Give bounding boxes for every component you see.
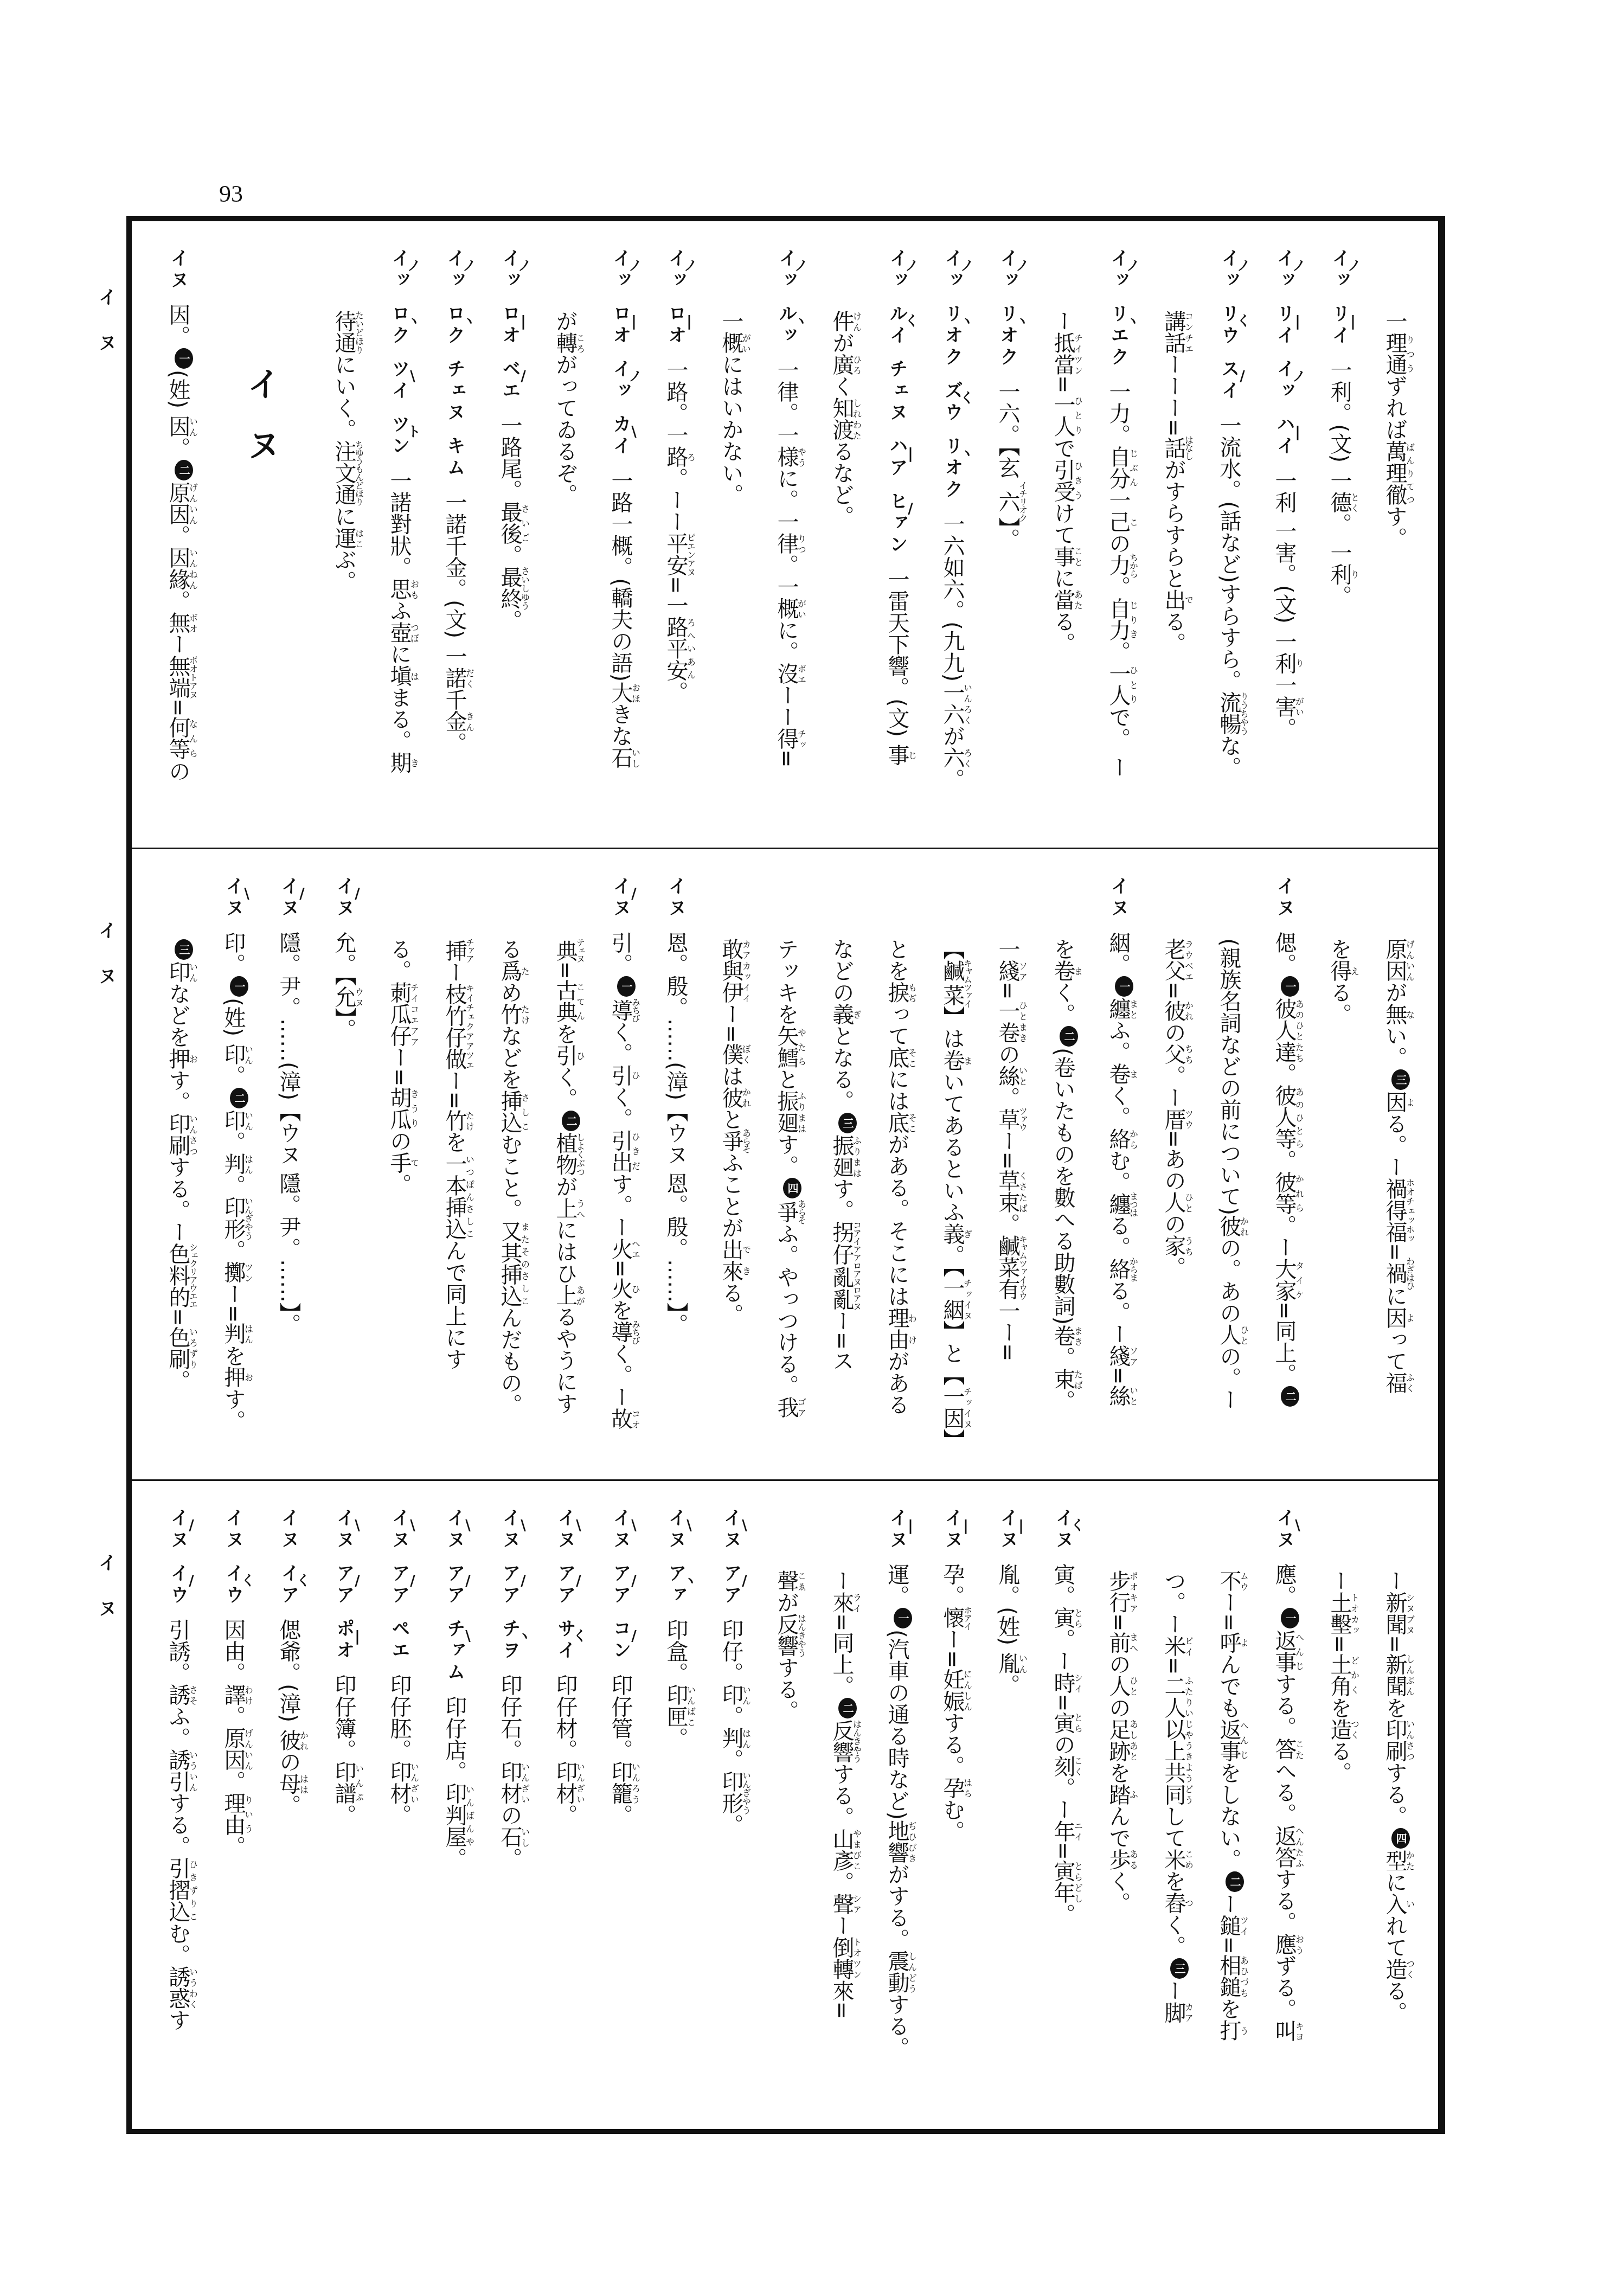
text-run: などの: [829, 938, 854, 1003]
ruby-annotated-text: 印匣いんばこ: [663, 1684, 688, 1727]
definition-text: 應。一返事へんじする。答こたへる。返答へんたふする。應おうずる。叫キヨ: [1272, 1563, 1297, 2042]
ruby-annotated-text: 母はは: [276, 1773, 301, 1794]
ruby-base: 義: [940, 1223, 965, 1245]
ruby-annotated-text: 自力じりき: [1106, 598, 1131, 641]
ruby-reading: ひ: [575, 1044, 586, 1066]
tone-mark-icon: \: [406, 369, 420, 385]
ruby-annotated-text: 寅とら: [1050, 1712, 1075, 1734]
ruby-base: 打: [1216, 2019, 1241, 2041]
definition-text: ー抵當チイツン=一人ひとりで引受ひきうけて事ことに當あたる。: [1050, 310, 1075, 654]
ruby-base: 印刷: [1382, 1718, 1407, 1762]
headword-syllable: リウく: [1207, 304, 1250, 347]
dictionary-entry: イヌく寅。寅とら。ー時シイ=寅とらの刻こく。ー年ニイ=寅年とらどし。: [1035, 1481, 1090, 2129]
ruby-base: 知渡: [829, 397, 854, 440]
ruby-reading: けん: [852, 310, 862, 332]
definition-text: などの義ぎとなる。三振廻ふりまはす。拐仔亂亂コアイアアロアヌロアヌー=ス: [829, 938, 854, 1371]
text-run: が: [1382, 982, 1407, 1003]
ruby-reading: ひとまき: [1018, 1000, 1028, 1043]
text-run: 印仔胚。: [387, 1674, 412, 1761]
dictionary-entry: イヌ因。一(姓) 因いん。二原因げんいん。因緣いんねん。無ボオー無端ボオトアヌ=…: [150, 221, 206, 848]
text-run: =: [553, 961, 578, 980]
definition-text: とを捩もぢって底そこには底そこがある。そこには理由わけがある: [884, 938, 909, 1415]
ruby-annotated-text: 舂つ: [1161, 1892, 1186, 1914]
ruby-annotated-text: 因よ: [1382, 1091, 1407, 1113]
ruby-base: 印: [165, 961, 190, 983]
text-run: 。: [1050, 1903, 1075, 1925]
ruby-reading: かれら: [1294, 1171, 1305, 1215]
ruby-base: 底: [884, 1047, 909, 1068]
definition-text: 隱。尹。……(漳)【ウヌ 隱。尹。……】。: [276, 932, 301, 1335]
ruby-base: 舂: [1161, 1892, 1186, 1914]
ruby-reading: ばんりてつ: [1405, 440, 1415, 505]
sense-number-badge: 二: [230, 1088, 248, 1108]
ruby-annotated-text: 人ひと: [1216, 1324, 1241, 1345]
sense-number-badge: 三: [1391, 1069, 1410, 1090]
ruby-annotated-text: 一人ひとり: [1050, 394, 1075, 437]
text-run: 引誘。: [165, 1619, 190, 1684]
text-run: 。【: [940, 1245, 965, 1277]
text-run: がある: [884, 1350, 909, 1415]
headword-syllable: イッノ: [931, 248, 974, 292]
ruby-reading: へんじ: [1294, 1630, 1305, 1673]
ruby-annotated-text: 卷まき: [1050, 1325, 1075, 1346]
text-run: がする。: [884, 1863, 909, 1950]
entry-continuation: を卷まく。二(卷いたものを數へる助數詞)卷まき。束たば。: [1035, 849, 1090, 1479]
text-run: 。: [387, 1173, 412, 1195]
ruby-reading: へんたふ: [1294, 1825, 1305, 1868]
ruby-reading: たけ: [465, 1109, 475, 1131]
ruby-reading: ひと: [1239, 1324, 1249, 1345]
definition-text: 一利 一害。(文) 一利り一害がい。: [1272, 470, 1297, 739]
tone-mark-icon: ノ: [1014, 258, 1028, 272]
ruby-reading: げんいん: [1405, 938, 1415, 982]
ruby-base: 老父: [1161, 938, 1186, 982]
text-run: 因由。: [221, 1619, 246, 1684]
text-run: に: [1382, 1871, 1407, 1893]
text-run: ー=: [387, 1047, 412, 1087]
headword-syllable: サイく: [543, 1619, 587, 1662]
ruby-reading: つ: [1184, 1892, 1194, 1914]
ruby-annotated-text: 卷ま: [1106, 1063, 1131, 1085]
ruby-reading: やう: [797, 446, 807, 467]
ruby-base: 植物: [553, 1132, 578, 1176]
text-run: を: [1327, 938, 1352, 960]
text-run: ー: [829, 1915, 854, 1936]
ruby-base: 束: [1050, 1368, 1075, 1390]
headword-syllable: イヌく: [1041, 1508, 1085, 1551]
text-run: 。: [663, 1727, 688, 1749]
ruby-annotated-text: 振廻ふりまは: [829, 1134, 854, 1178]
ruby-annotated-text: 印材いんざい: [497, 1761, 522, 1804]
ruby-annotated-text: 大家タイケ: [1272, 1258, 1297, 1301]
ruby-reading: チイツン: [1073, 332, 1083, 375]
ruby-base: 挿: [442, 938, 467, 963]
ruby-annotated-text: 土墼トオカッ: [1327, 1592, 1352, 1635]
definition-text: 敢與伊カアカッイイー=僕ぼくは彼かれと爭あらそふことが出來できる。: [719, 938, 743, 1325]
text-run: 一: [1272, 674, 1297, 696]
ruby-reading: いん: [243, 1043, 254, 1065]
text-run: 絪。: [1106, 932, 1131, 975]
ruby-annotated-text: 足跡あしあと: [1106, 1718, 1131, 1762]
ruby-base: 應: [1272, 1933, 1297, 1955]
ruby-base: 引摺込: [165, 1857, 190, 1922]
definition-text: 一路尾。最後さいご。最終さいしゆう。: [497, 414, 522, 631]
ruby-reading: ちから: [1128, 553, 1139, 578]
ruby-reading: いんぎやう: [741, 1771, 752, 1814]
text-run: 。: [553, 1804, 578, 1826]
ruby-reading: やまびこ: [852, 1828, 862, 1871]
text-run: 】。: [995, 517, 1020, 550]
headword-syllable: イッノ: [986, 248, 1029, 292]
ruby-reading: ふたりいじやうきようどう: [1184, 1675, 1194, 1805]
text-run: (姓): [221, 998, 246, 1043]
tone-mark-icon: ノ: [1291, 369, 1305, 383]
ruby-base: 火: [608, 1278, 633, 1299]
text-run: 印盒。: [663, 1619, 688, 1684]
ruby-annotated-text: 矢鱈やたら: [774, 1025, 799, 1068]
text-run: 。: [387, 1804, 412, 1826]
ruby-base: 米: [1161, 1849, 1186, 1870]
text-run: 。: [995, 1674, 1020, 1696]
definition-text: 引誘。誘さそふ。誘引いういんする。引摺込ひきずりこむ。誘惑いうわくす: [165, 1619, 190, 2031]
ruby-reading: きうり: [409, 1087, 420, 1130]
text-run: ーーー=: [1161, 354, 1186, 437]
headword-syllable: ズウく: [931, 381, 974, 424]
ruby-annotated-text: 火ひ: [608, 1278, 633, 1299]
ruby-annotated-text: 六ろく: [940, 747, 965, 768]
ruby-annotated-text: 上あが: [553, 1284, 578, 1306]
running-head-char: ヌ: [95, 966, 117, 1012]
ruby-base: 父: [1161, 1043, 1186, 1065]
dictionary-entry: イヌ|孕。懷ホアイー=妊娠にんしんする。孕はらむ。: [925, 1481, 980, 2129]
ruby-base: 又其挿込: [497, 1220, 522, 1307]
ruby-reading: はら: [963, 1777, 973, 1799]
tone-mark-icon: く: [1235, 313, 1249, 328]
ruby-annotated-text: 老父ラウベエ: [1161, 938, 1186, 982]
definition-text: 原因げんいんが無ない。三因よる。ー禍得福ホオチェッホッ=禍わざはひに因よって福ふ…: [1382, 938, 1407, 1394]
ruby-reading: とく: [1350, 491, 1360, 513]
ruby-reading: そこ: [907, 1047, 918, 1068]
entry-continuation: 不ムウー=呼よんでも返事へんじをしない。二ー鎚ツイ=相鎚あひづちを打う: [1201, 1481, 1256, 2129]
text-run: む。: [940, 1799, 965, 1842]
ruby-reading: ツン: [243, 1261, 254, 1283]
headword-syllable: イヌ|: [986, 1508, 1029, 1551]
ruby-reading: ひとり: [1073, 394, 1083, 437]
ruby-annotated-text: 胤いん: [995, 1652, 1020, 1674]
ruby-annotated-text: 竹たけ: [497, 1003, 522, 1025]
sense-number-badge: 二: [1281, 1386, 1299, 1407]
ruby-reading: わけ: [243, 1684, 254, 1705]
tone-mark-icon: く: [903, 313, 918, 328]
ruby-annotated-text: 彼かれ: [1161, 1000, 1186, 1022]
ruby-reading: いうわく: [188, 1966, 198, 2009]
ruby-annotated-text: 來ライ: [829, 1592, 854, 1613]
sense-number-badge: 一: [1281, 976, 1299, 997]
ruby-base: 萬理徹: [1382, 440, 1407, 505]
dictionary-entry: イヌ\アア/チヲヽ印仔石。印材いんざいの石いし。: [482, 1481, 537, 2129]
headword-syllable: イヌ: [1096, 876, 1140, 920]
ruby-reading: かれ: [741, 1087, 752, 1108]
tone-mark-icon: /: [350, 1573, 364, 1589]
ruby-base: 上: [553, 1284, 578, 1306]
text-run: の: [1161, 1022, 1186, 1043]
ruby-reading: ぎ: [963, 1223, 973, 1245]
ruby-base: 妊娠: [940, 1669, 965, 1712]
headword-syllable: イヌ: [267, 1508, 310, 1551]
text-run: 一利。(文) 一: [1327, 359, 1352, 491]
ruby-reading: りいう: [243, 1792, 254, 1836]
definition-text: 孕。懷ホアイー=妊娠にんしんする。孕はらむ。: [940, 1563, 965, 1842]
definition-text: 一六如六。(九九)一六いんろくが六ろく。: [940, 513, 965, 790]
ruby-reading: あらそ: [797, 1200, 807, 1224]
text-run: 。: [1327, 585, 1352, 607]
sense-number-badge: 一: [617, 976, 636, 997]
ruby-reading: シヌブヌ: [1405, 1592, 1415, 1635]
ruby-reading: ま: [1128, 1063, 1139, 1085]
ruby-reading: ボエ: [797, 663, 807, 684]
ruby-base: 彼等: [1272, 1171, 1297, 1215]
ruby-base: 彼: [1161, 1000, 1186, 1022]
ruby-annotated-text: 誘引いういん: [165, 1749, 190, 1792]
text-run: 恩。殷。……(漳)【ウヌ 恩。殷。……】。: [663, 932, 688, 1335]
ruby-base: 待通: [331, 310, 356, 354]
ruby-annotated-text: 上うへ: [553, 1197, 578, 1219]
ruby-base: 誘惑: [165, 1966, 190, 2009]
ruby-reading: じぶん: [1128, 446, 1139, 489]
text-run: とを: [884, 938, 909, 982]
ruby-base: 六: [940, 747, 965, 768]
ruby-base: 一本挿込: [442, 1153, 467, 1240]
ruby-reading: あのひとら: [1294, 1085, 1305, 1150]
text-run: 。: [829, 1871, 854, 1893]
text-run: 。一: [774, 554, 799, 598]
ruby-reading: チァア: [465, 938, 475, 963]
ruby-reading: ろへいあん: [686, 616, 696, 681]
ruby-reading: げんいん: [243, 1727, 254, 1771]
ruby-base: 印匣: [663, 1684, 688, 1727]
definition-text: 一諾對狀。思おもふ壺つぼに塡はまる。期き: [387, 470, 412, 773]
headword-syllable: チェヌ: [875, 359, 919, 424]
tone-mark-icon: く: [240, 1573, 254, 1587]
ruby-reading: みちび: [631, 1320, 641, 1344]
text-run: きな: [608, 703, 633, 747]
definition-text: が轉ころがってゐるぞ。: [553, 310, 578, 505]
text-run: =: [608, 1260, 633, 1278]
ruby-annotated-text: 路ろ: [663, 446, 688, 467]
headword-syllable: リエクヽ: [1096, 304, 1140, 369]
tone-mark-icon: |: [350, 1628, 364, 1645]
ruby-annotated-text: 印いん: [221, 1109, 246, 1131]
definition-text: ー新聞シヌブヌ=新聞しんぶんを印刷いんさつする。四型かたに入いれて造つくる。: [1382, 1570, 1407, 2023]
ruby-reading: あしあと: [1128, 1718, 1139, 1762]
ruby-base: 來: [829, 1592, 854, 1613]
tone-mark-icon: /: [516, 369, 530, 385]
ruby-base: 造: [1382, 1958, 1407, 1980]
text-run: 。: [719, 1814, 743, 1836]
text-run: ー: [1161, 1980, 1186, 2002]
text-run: 印仔管。: [608, 1674, 633, 1761]
ruby-reading: みちび: [631, 998, 641, 1022]
headword-syllable: イッノ: [433, 248, 476, 292]
headword-syllable: イヌ: [211, 1508, 255, 1551]
ruby-base: 不: [1216, 1570, 1241, 1592]
ruby-base: 地響: [884, 1820, 909, 1863]
text-run: んで: [1106, 1805, 1131, 1849]
ruby-annotated-text: 運はこ: [331, 527, 356, 549]
text-run: を: [1106, 1762, 1131, 1784]
ruby-base: 印形: [221, 1196, 246, 1240]
ruby-base: 敢與伊: [719, 938, 743, 1003]
ruby-reading: たいどほり: [354, 310, 364, 354]
ruby-reading: がい: [797, 598, 807, 619]
ruby-reading: おう: [1294, 1933, 1305, 1955]
ruby-annotated-text: 父ちち: [1161, 1043, 1186, 1065]
tone-mark-icon: /: [572, 1573, 586, 1589]
ruby-base: 原因: [1382, 938, 1407, 982]
ruby-annotated-text: 纏まつは: [1106, 1193, 1131, 1215]
ruby-annotated-text: 歩ある: [1106, 1849, 1131, 1870]
headword-syllable: アア/: [433, 1563, 476, 1607]
ruby-annotated-text: 印形いんぎやう: [719, 1771, 743, 1814]
ruby-base: 印: [221, 1109, 246, 1131]
ruby-reading: こゑ: [797, 1570, 807, 1592]
text-run: る。ー: [1106, 1280, 1131, 1345]
ruby-annotated-text: 沒ボエ: [774, 663, 799, 684]
ruby-reading: いつぽんさしこ: [465, 1153, 475, 1240]
text-run: と: [719, 1108, 743, 1130]
sense-number-badge: 一: [894, 1608, 912, 1628]
ruby-reading: はん: [741, 1727, 752, 1749]
ruby-reading: なんら: [188, 716, 198, 760]
entry-continuation: つ。ー米ビイ=二人以上共同ふたりいじやうきようどうして米こめを舂つく。三ー脚カア: [1146, 1481, 1201, 2129]
definition-text: テッキを矢鱈やたらと振廻ふりまはす。四爭あらそふ。やっつける。我ゴア: [774, 938, 799, 1418]
tone-mark-icon: ヽ: [516, 1628, 530, 1643]
ruby-base: 爭: [774, 1200, 799, 1224]
ruby-reading: ツァウ: [1018, 1107, 1028, 1131]
text-run: 。: [221, 1240, 246, 1261]
headword-syllable: イヌ\: [322, 1508, 365, 1551]
text-run: で: [1050, 437, 1075, 459]
ruby-annotated-text: 路平安ろへいあん: [663, 616, 688, 681]
ruby-base: 導: [608, 1320, 633, 1344]
text-run: る。: [1161, 611, 1186, 654]
ruby-base: 絲: [1106, 1385, 1131, 1407]
ruby-annotated-text: 絲いと: [995, 1065, 1020, 1087]
ruby-base: 塡: [387, 665, 412, 687]
ruby-reading: こく: [1073, 1755, 1083, 1777]
ruby-annotated-text: 印いん: [719, 1684, 743, 1705]
ruby-base: 印: [221, 1043, 246, 1065]
tone-mark-icon: /: [184, 1573, 198, 1589]
text-run: む。: [165, 1922, 190, 1966]
ruby-annotated-text: 拐仔亂亂コアイアアロアヌロアヌ: [829, 1221, 854, 1310]
sense-number-badge: 二: [1226, 1871, 1244, 1892]
ruby-base: 無: [165, 612, 190, 633]
ruby-base: 引出: [608, 1130, 633, 1173]
ruby-base: 一卷: [995, 1000, 1020, 1043]
ruby-reading: ビイ: [1184, 1635, 1194, 1657]
ruby-annotated-text: 又其挿込またそのさしこ: [497, 1220, 522, 1307]
definition-text: 件けんが廣ひろく知渡しれわたるなど。: [829, 310, 854, 527]
text-run: る。: [387, 938, 412, 982]
tone-mark-icon: /: [350, 886, 364, 902]
text-run: ーー: [774, 684, 799, 728]
ruby-reading: うへ: [575, 1197, 586, 1219]
ruby-annotated-text: 絡からま: [1106, 1258, 1131, 1280]
tone-mark-icon: |: [1014, 1518, 1028, 1534]
ruby-reading: あひづち: [1239, 1954, 1249, 1998]
entries-band-top: 一理通りつうずれば萬理徹ばんりてつす。イッノリイ|一利。(文) 一德とく。 一利…: [132, 221, 1438, 848]
ruby-annotated-text: 妊娠にんしん: [940, 1669, 965, 1712]
tone-mark-icon: \: [1291, 1518, 1305, 1534]
headword-syllable: ポオ|: [322, 1619, 365, 1662]
ruby-annotated-text: 無な: [1382, 1003, 1407, 1025]
text-run: まる。: [387, 687, 412, 752]
ruby-annotated-text: 押お: [165, 1048, 190, 1069]
text-run: 寅。: [1050, 1563, 1075, 1607]
text-run: ー: [829, 1570, 854, 1592]
text-run: =: [1327, 1635, 1352, 1653]
running-head-char: イ: [95, 1553, 117, 1599]
text-run: する。: [829, 1763, 854, 1828]
ruby-base: 米: [1161, 1635, 1186, 1657]
headword-syllable: イヌ/: [156, 1508, 200, 1551]
ruby-base: 自力: [1106, 598, 1131, 641]
text-run: 一力。: [1106, 381, 1131, 446]
text-run: る。: [1106, 1215, 1131, 1258]
ruby-base: 事: [1050, 546, 1075, 567]
text-run: 。: [221, 1705, 246, 1727]
ruby-annotated-text: 聲こゑ: [774, 1570, 799, 1592]
ruby-reading: ちゆうもんどほり: [354, 440, 364, 505]
ruby-annotated-text: 原因げんいん: [221, 1727, 246, 1771]
heading-kana: イ: [241, 367, 281, 427]
ruby-annotated-text: 平安ピエンアヌ: [663, 533, 688, 576]
ruby-base: 原因: [221, 1727, 246, 1771]
ruby-base: 件: [829, 310, 854, 332]
ruby-annotated-text: 無ボオ: [165, 612, 190, 633]
ruby-reading: た: [520, 960, 530, 982]
ruby-annotated-text: 孕はら: [940, 1777, 965, 1799]
ruby-annotated-text: 叫キヨ: [1272, 2020, 1297, 2042]
ruby-reading: ひと: [1184, 1191, 1194, 1213]
text-run: の: [1050, 1734, 1075, 1755]
text-run: 。: [221, 1065, 246, 1087]
ruby-base: 因: [1382, 1091, 1407, 1113]
ruby-annotated-text: 綫ソア: [995, 960, 1020, 982]
ruby-reading: またそのさしこ: [520, 1220, 530, 1307]
tone-mark-icon: ヽ: [959, 446, 973, 460]
ruby-reading: ホオチェッホッ: [1405, 1178, 1415, 1243]
ruby-base: 石: [497, 1826, 522, 1848]
ruby-reading: あた: [1073, 589, 1083, 611]
text-run: 一路。一: [663, 359, 688, 446]
headword-syllable: ロオ|: [654, 304, 697, 347]
dictionary-entry: イッノリオクヽ一六。【玄 六イチリオク】。: [980, 221, 1035, 848]
text-run: れて: [1382, 1915, 1407, 1958]
ruby-base: 振廻: [829, 1134, 854, 1178]
tone-mark-icon: ノ: [959, 258, 973, 272]
ruby-base: 一六: [940, 682, 965, 725]
headword-syllable: ヒァン/: [875, 491, 919, 556]
ruby-reading: からま: [1128, 1257, 1139, 1281]
text-run: に。一: [774, 467, 799, 533]
ruby-reading: て: [409, 1152, 420, 1173]
text-run: むこと。: [497, 1133, 522, 1220]
text-run: =: [774, 749, 799, 768]
dictionary-entry: イッノルッヽ一律。一様やうに。一律りつ。一概がいに。沒ボエーー得チッ=: [759, 221, 814, 848]
ruby-base: 脚: [1161, 2002, 1186, 2023]
